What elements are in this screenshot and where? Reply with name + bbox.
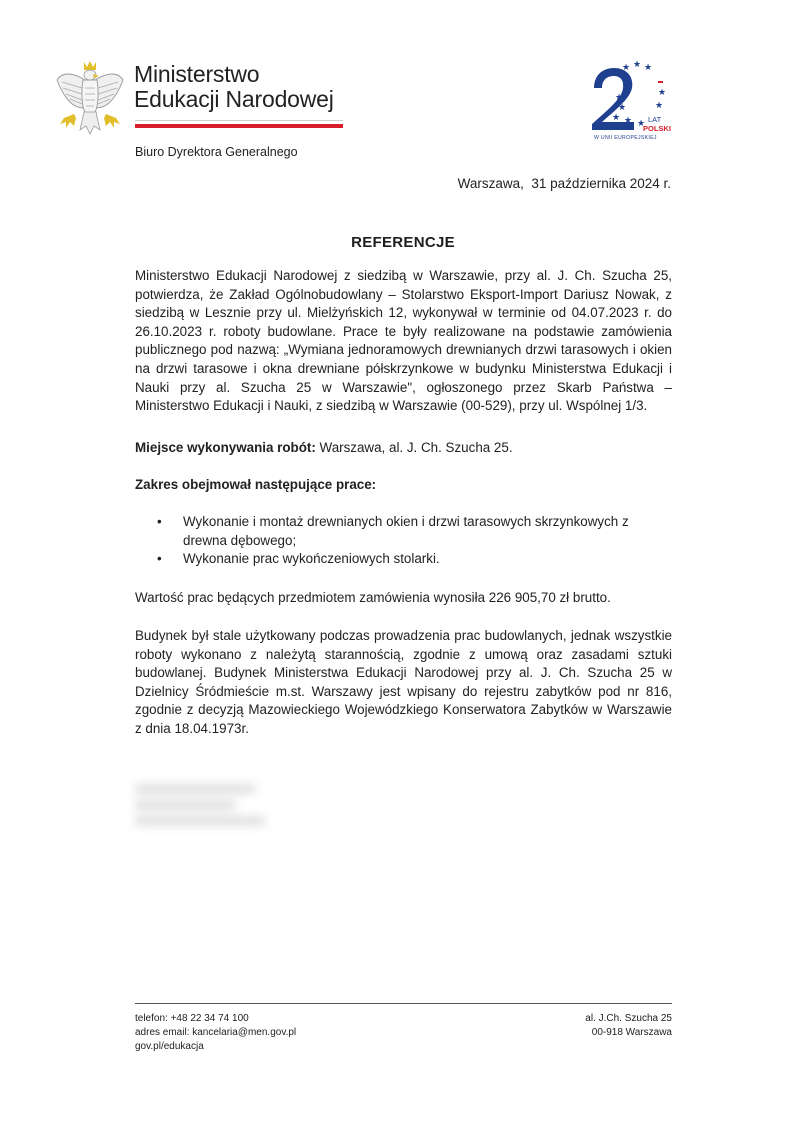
svg-text:★: ★: [618, 103, 626, 113]
department-name: Biuro Dyrektora Generalnego: [135, 145, 298, 159]
header-divider-red: [135, 124, 343, 128]
scope-item-text: Wykonanie prac wykończeniowych stolarki.: [183, 551, 440, 566]
svg-text:★: ★: [612, 113, 620, 123]
footer-address: al. J.Ch. Szucha 25 00-918 Warszawa: [585, 1012, 672, 1040]
svg-text:★: ★: [624, 116, 632, 126]
document-title: REFERENCJE: [0, 234, 806, 251]
scope-list: • Wykonanie i montaż drewnianych okien i…: [135, 513, 672, 569]
eu-20-years-logo-icon: ★ ★ ★ ★ ★ ★ ★ ★ ★ ★ LAT POLSKI W UNII EU…: [588, 60, 674, 142]
ministry-name-line1: Ministerstwo: [134, 62, 334, 87]
eu-logo-lat: LAT: [648, 115, 662, 124]
header-divider-grey: [135, 120, 343, 121]
work-location-label: Miejsce wykonywania robót:: [135, 440, 316, 455]
work-location-value: Warszawa, al. J. Ch. Szucha 25.: [316, 440, 513, 455]
scope-item: • Wykonanie i montaż drewnianych okien i…: [135, 513, 672, 550]
footer-email[interactable]: adres email: kancelaria@men.gov.pl: [135, 1026, 296, 1040]
paragraph-building: Budynek był stale użytkowany podczas pro…: [135, 627, 672, 739]
eu-logo-polski: POLSKI: [643, 124, 671, 133]
scope-heading: Zakres obejmował następujące prace:: [135, 476, 672, 495]
ministry-name: Ministerstwo Edukacji Narodowej: [134, 62, 334, 112]
polish-eagle-emblem-icon: [54, 58, 126, 136]
svg-text:★: ★: [658, 88, 666, 98]
work-location: Miejsce wykonywania robót: Warszawa, al.…: [135, 439, 672, 458]
eu-logo-caption: W UNII EUROPEJSKIEJ: [594, 135, 657, 141]
footer-phone: telefon: +48 22 34 74 100: [135, 1012, 296, 1026]
redacted-signature: [135, 785, 270, 835]
svg-text:★: ★: [633, 60, 641, 70]
svg-text:★: ★: [615, 93, 623, 103]
svg-text:★: ★: [644, 63, 652, 73]
contract-value: Wartość prac będących przedmiotem zamówi…: [135, 589, 672, 608]
ministry-name-line2: Edukacji Narodowej: [134, 87, 334, 112]
svg-text:★: ★: [655, 101, 663, 111]
bullet-icon: •: [157, 550, 162, 569]
scope-item: • Wykonanie prac wykończeniowych stolark…: [135, 550, 672, 569]
svg-text:★: ★: [622, 63, 630, 73]
footer-contact: telefon: +48 22 34 74 100 adres email: k…: [135, 1012, 296, 1054]
bullet-icon: •: [157, 513, 162, 532]
footer-address-line2: 00-918 Warszawa: [585, 1026, 672, 1040]
scope-item-text: Wykonanie i montaż drewnianych okien i d…: [183, 513, 653, 550]
date-line: Warszawa, 31 października 2024 r.: [458, 176, 671, 191]
footer-address-line1: al. J.Ch. Szucha 25: [585, 1012, 672, 1026]
paragraph-intro: Ministerstwo Edukacji Narodowej z siedzi…: [135, 267, 672, 416]
footer-website[interactable]: gov.pl/edukacja: [135, 1040, 296, 1054]
footer-divider: [135, 1003, 672, 1004]
